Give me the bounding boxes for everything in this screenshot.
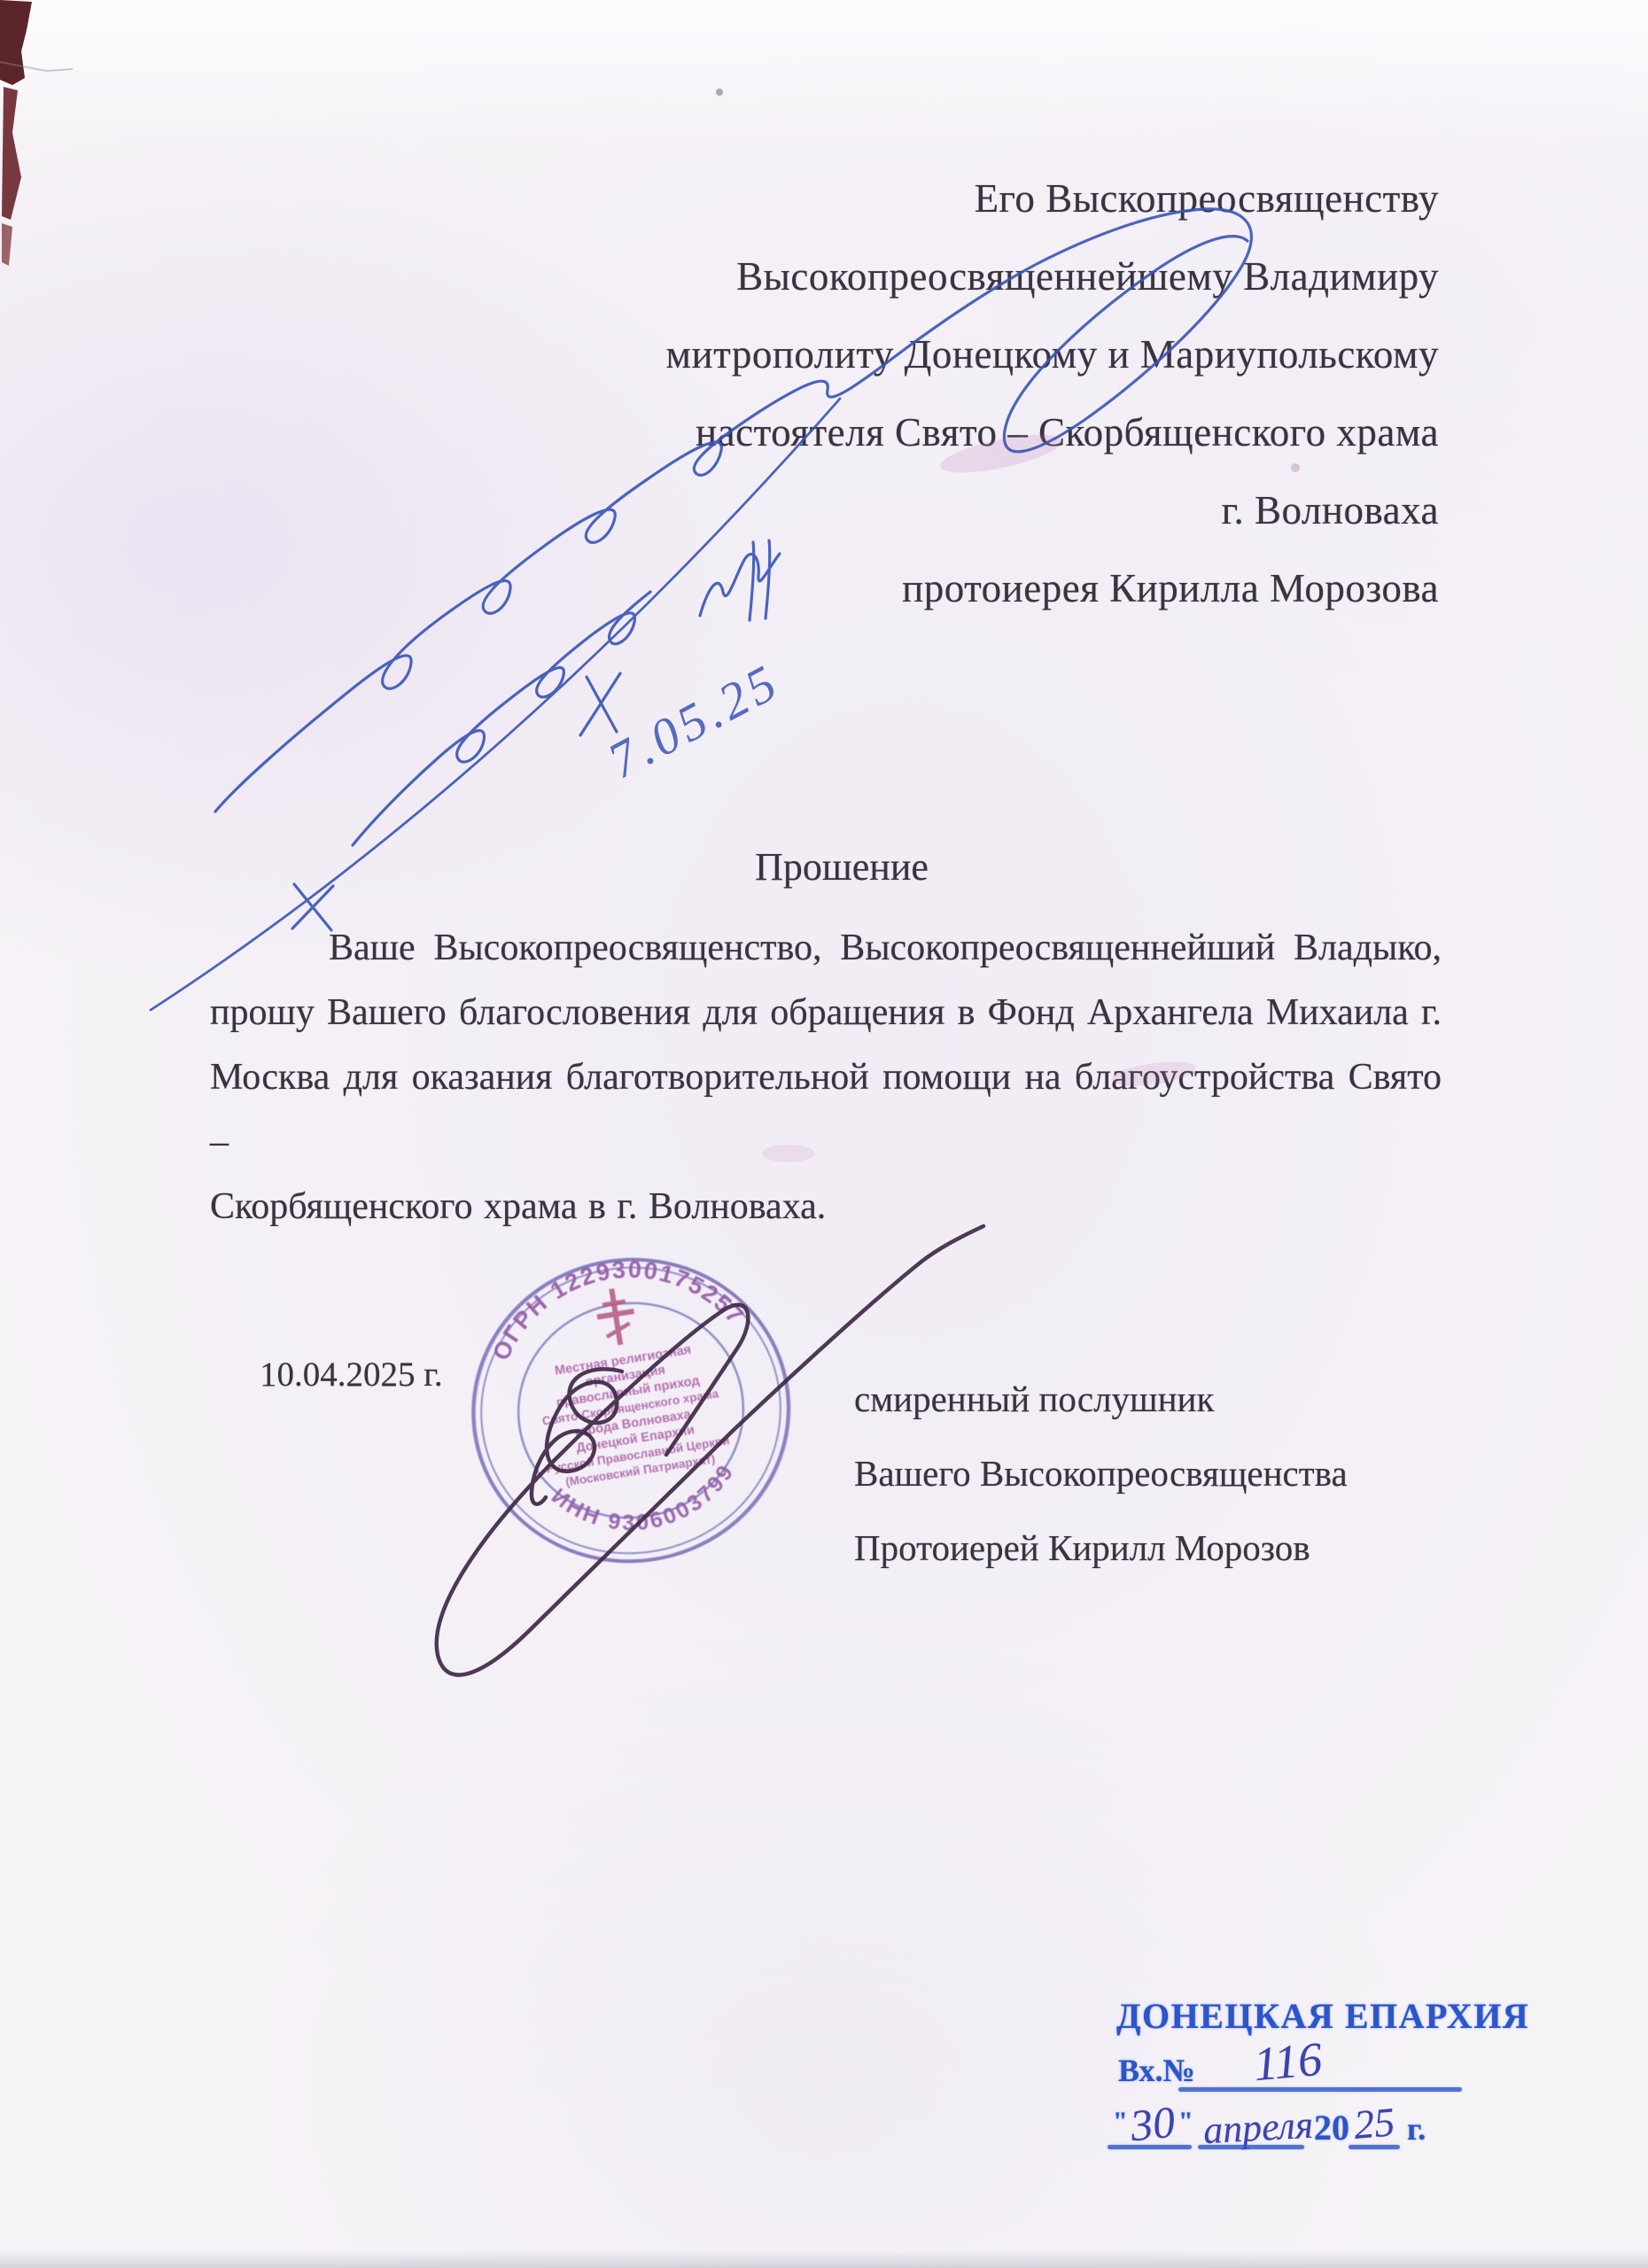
- year-underline: [1349, 2145, 1400, 2149]
- day-underline: [1108, 2145, 1192, 2149]
- scan-smudge: [716, 89, 1300, 1162]
- incoming-date-day: 30: [1128, 2096, 1178, 2152]
- ink-overlay: 7.05.25: [0, 0, 1648, 2268]
- day-quote-open: ": [1113, 2107, 1128, 2137]
- incoming-date-year: 25: [1352, 2098, 1396, 2148]
- resolution-date-handwritten: 7.05.25: [599, 652, 789, 790]
- resolution-word-2: [292, 592, 650, 930]
- year-prefix: 20: [1314, 2107, 1349, 2148]
- incoming-number-value: 116: [1251, 2031, 1324, 2092]
- day-quote-close: ": [1178, 2107, 1193, 2137]
- month-underline: [1198, 2145, 1304, 2149]
- priest-signature-stroke: [437, 1226, 983, 1675]
- resolution-handwriting: [151, 209, 1251, 1010]
- year-unit-label: г.: [1407, 2110, 1426, 2148]
- incoming-number-line: [1178, 2087, 1462, 2092]
- diocese-stamp-title: ДОНЕЦКАЯ ЕПАРХИЯ: [1116, 1995, 1529, 2037]
- scan-artifact-mark: [0, 0, 32, 266]
- scan-bottom-shadow: [0, 2250, 1648, 2268]
- scanned-petition-document: { "header": { "lines": [ "Его Выскопреос…: [0, 0, 1648, 2268]
- incoming-number-label: Вх.№: [1118, 2052, 1195, 2089]
